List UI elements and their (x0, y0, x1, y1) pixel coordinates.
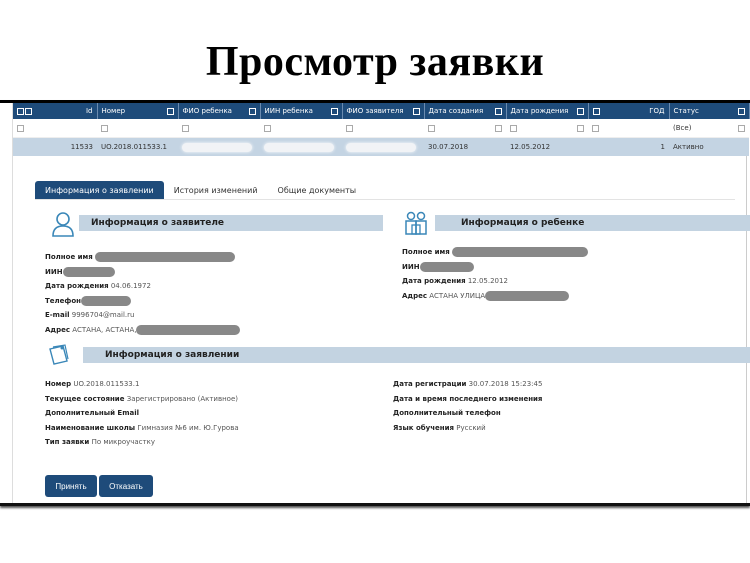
filter-status[interactable]: (Все) (669, 119, 749, 138)
column-menu-icon[interactable] (413, 108, 420, 115)
redacted-field (136, 325, 240, 335)
filter-icon[interactable] (592, 125, 599, 132)
filter-birth[interactable] (506, 119, 588, 138)
column-menu-icon[interactable] (738, 108, 745, 115)
column-header-applicant-name[interactable]: ФИО заявителя (342, 103, 424, 119)
column-menu-icon[interactable] (249, 108, 256, 115)
select-all-checkbox[interactable] (17, 108, 24, 115)
tab-documents[interactable]: Общие документы (268, 181, 367, 200)
column-header-birth[interactable]: Дата рождения (506, 103, 588, 119)
dropdown-icon[interactable] (738, 125, 745, 132)
application-details-left: Номер UO.2018.011533.1 Текущее состояние… (45, 377, 239, 450)
table-row[interactable]: 11533 UO.2018.011533.1 30.07.2018 12.05.… (13, 138, 749, 157)
tab-application-info[interactable]: Информация о заявлении (35, 181, 164, 200)
tab-divider (35, 199, 735, 200)
calendar-icon[interactable] (495, 125, 502, 132)
filter-number[interactable] (97, 119, 178, 138)
applicant-section-heading: Информация о заявителе (79, 215, 383, 231)
cell-status: Активно (669, 138, 749, 157)
select-checkbox-icon[interactable] (25, 108, 32, 115)
application-view: Id Номер ФИО ребенка ИИН ребенка ФИО зая… (12, 103, 747, 503)
filter-row: (Все) (13, 119, 749, 138)
column-header-created[interactable]: Дата создания (424, 103, 506, 119)
filter-icon[interactable] (510, 125, 517, 132)
column-menu-icon[interactable] (331, 108, 338, 115)
reject-button[interactable]: Отказать (99, 475, 153, 497)
filter-icon[interactable] (101, 125, 108, 132)
filter-child-name[interactable] (178, 119, 260, 138)
redacted-field (95, 252, 235, 262)
calendar-icon[interactable] (577, 125, 584, 132)
cell-applicant-name-redacted (342, 138, 424, 157)
redacted-field (452, 247, 588, 257)
redacted-field (420, 262, 474, 272)
cell-id: 11533 (13, 138, 97, 157)
filter-year[interactable] (588, 119, 669, 138)
accept-button[interactable]: Принять (45, 475, 97, 497)
cell-number: UO.2018.011533.1 (97, 138, 178, 157)
column-menu-icon[interactable] (593, 108, 600, 115)
child-details: Полное имя ИИН Дата рождения 12.05.2012 … (402, 245, 588, 303)
redacted-field (81, 296, 131, 306)
filter-icon[interactable] (428, 125, 435, 132)
column-header-number[interactable]: Номер (97, 103, 178, 119)
filter-id[interactable] (13, 119, 97, 138)
cell-birth: 12.05.2012 (506, 138, 588, 157)
column-menu-icon[interactable] (577, 108, 584, 115)
slide-title: Просмотр заявки (0, 38, 750, 86)
screenshot-frame: Id Номер ФИО ребенка ИИН ребенка ФИО зая… (0, 100, 750, 506)
filter-child-iin[interactable] (260, 119, 342, 138)
person-icon (51, 211, 75, 237)
cell-child-name-redacted (178, 138, 260, 157)
grid-header: Id Номер ФИО ребенка ИИН ребенка ФИО зая… (13, 103, 749, 119)
filter-icon[interactable] (17, 125, 24, 132)
cell-year: 1 (588, 138, 669, 157)
filter-icon[interactable] (264, 125, 271, 132)
tab-change-history[interactable]: История изменений (164, 181, 268, 200)
column-header-year[interactable]: ГОД (588, 103, 669, 119)
filter-icon[interactable] (346, 125, 353, 132)
column-header-child-name[interactable]: ФИО ребенка (178, 103, 260, 119)
column-menu-icon[interactable] (167, 108, 174, 115)
redacted-field (63, 267, 115, 277)
filter-created[interactable] (424, 119, 506, 138)
cell-child-iin-redacted (260, 138, 342, 157)
application-section-heading: Информация о заявлении (83, 347, 750, 363)
column-header-child-iin[interactable]: ИИН ребенка (260, 103, 342, 119)
child-section-heading: Информация о ребенке (435, 215, 750, 231)
applicant-details: Полное имя ИИН Дата рождения 04.06.1972 … (45, 250, 240, 337)
column-header-id[interactable]: Id (13, 103, 97, 119)
applications-grid: Id Номер ФИО ребенка ИИН ребенка ФИО зая… (13, 103, 750, 156)
redacted-field (485, 291, 569, 301)
family-icon (403, 211, 429, 235)
filter-icon[interactable] (182, 125, 189, 132)
application-details-right: Дата регистрации 30.07.2018 15:23:45 Дат… (393, 377, 542, 435)
column-header-status[interactable]: Статус (669, 103, 749, 119)
detail-tabs: Информация о заявлении История изменений… (35, 181, 366, 200)
filter-applicant-name[interactable] (342, 119, 424, 138)
cell-created: 30.07.2018 (424, 138, 506, 157)
note-icon (47, 343, 71, 367)
column-menu-icon[interactable] (495, 108, 502, 115)
